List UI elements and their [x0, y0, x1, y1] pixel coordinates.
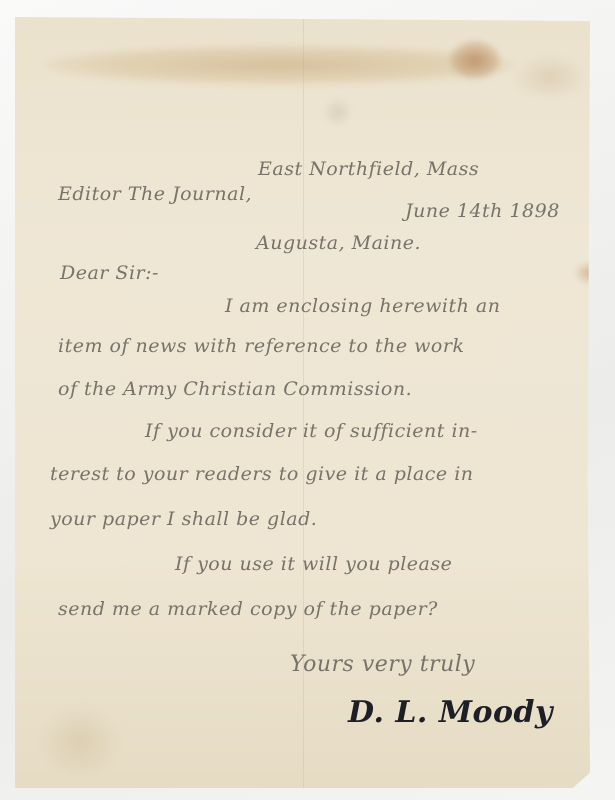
body-line: If you use it will you please [175, 553, 452, 575]
body-line: If you consider it of sufficient in- [145, 420, 478, 442]
body-line: send me a marked copy of the paper? [58, 598, 438, 620]
body-line: item of news with reference to the work [58, 335, 464, 357]
body-line: of the Army Christian Commission. [58, 378, 412, 400]
dark-stain-top [450, 41, 500, 79]
body-line: I am enclosing herewith an [225, 295, 500, 317]
letter-city: Augusta, Maine. [256, 232, 421, 254]
signature: D. L. Moody [348, 695, 553, 730]
letter-addressee: Editor The Journal, [58, 183, 252, 205]
letter-date: June 14th 1898 [405, 200, 560, 222]
letter-salutation: Dear Sir:- [60, 262, 159, 284]
body-line: your paper I shall be glad. [50, 508, 317, 530]
letter-place: East Northfield, Mass [258, 158, 479, 180]
letter-closing: Yours very truly [290, 652, 475, 677]
spot-top-center [325, 99, 351, 125]
faded-stain-top-right [515, 55, 585, 99]
body-line: terest to your readers to give it a plac… [50, 463, 474, 485]
stain-bottom-left [40, 707, 120, 777]
water-stain-top [45, 45, 515, 85]
